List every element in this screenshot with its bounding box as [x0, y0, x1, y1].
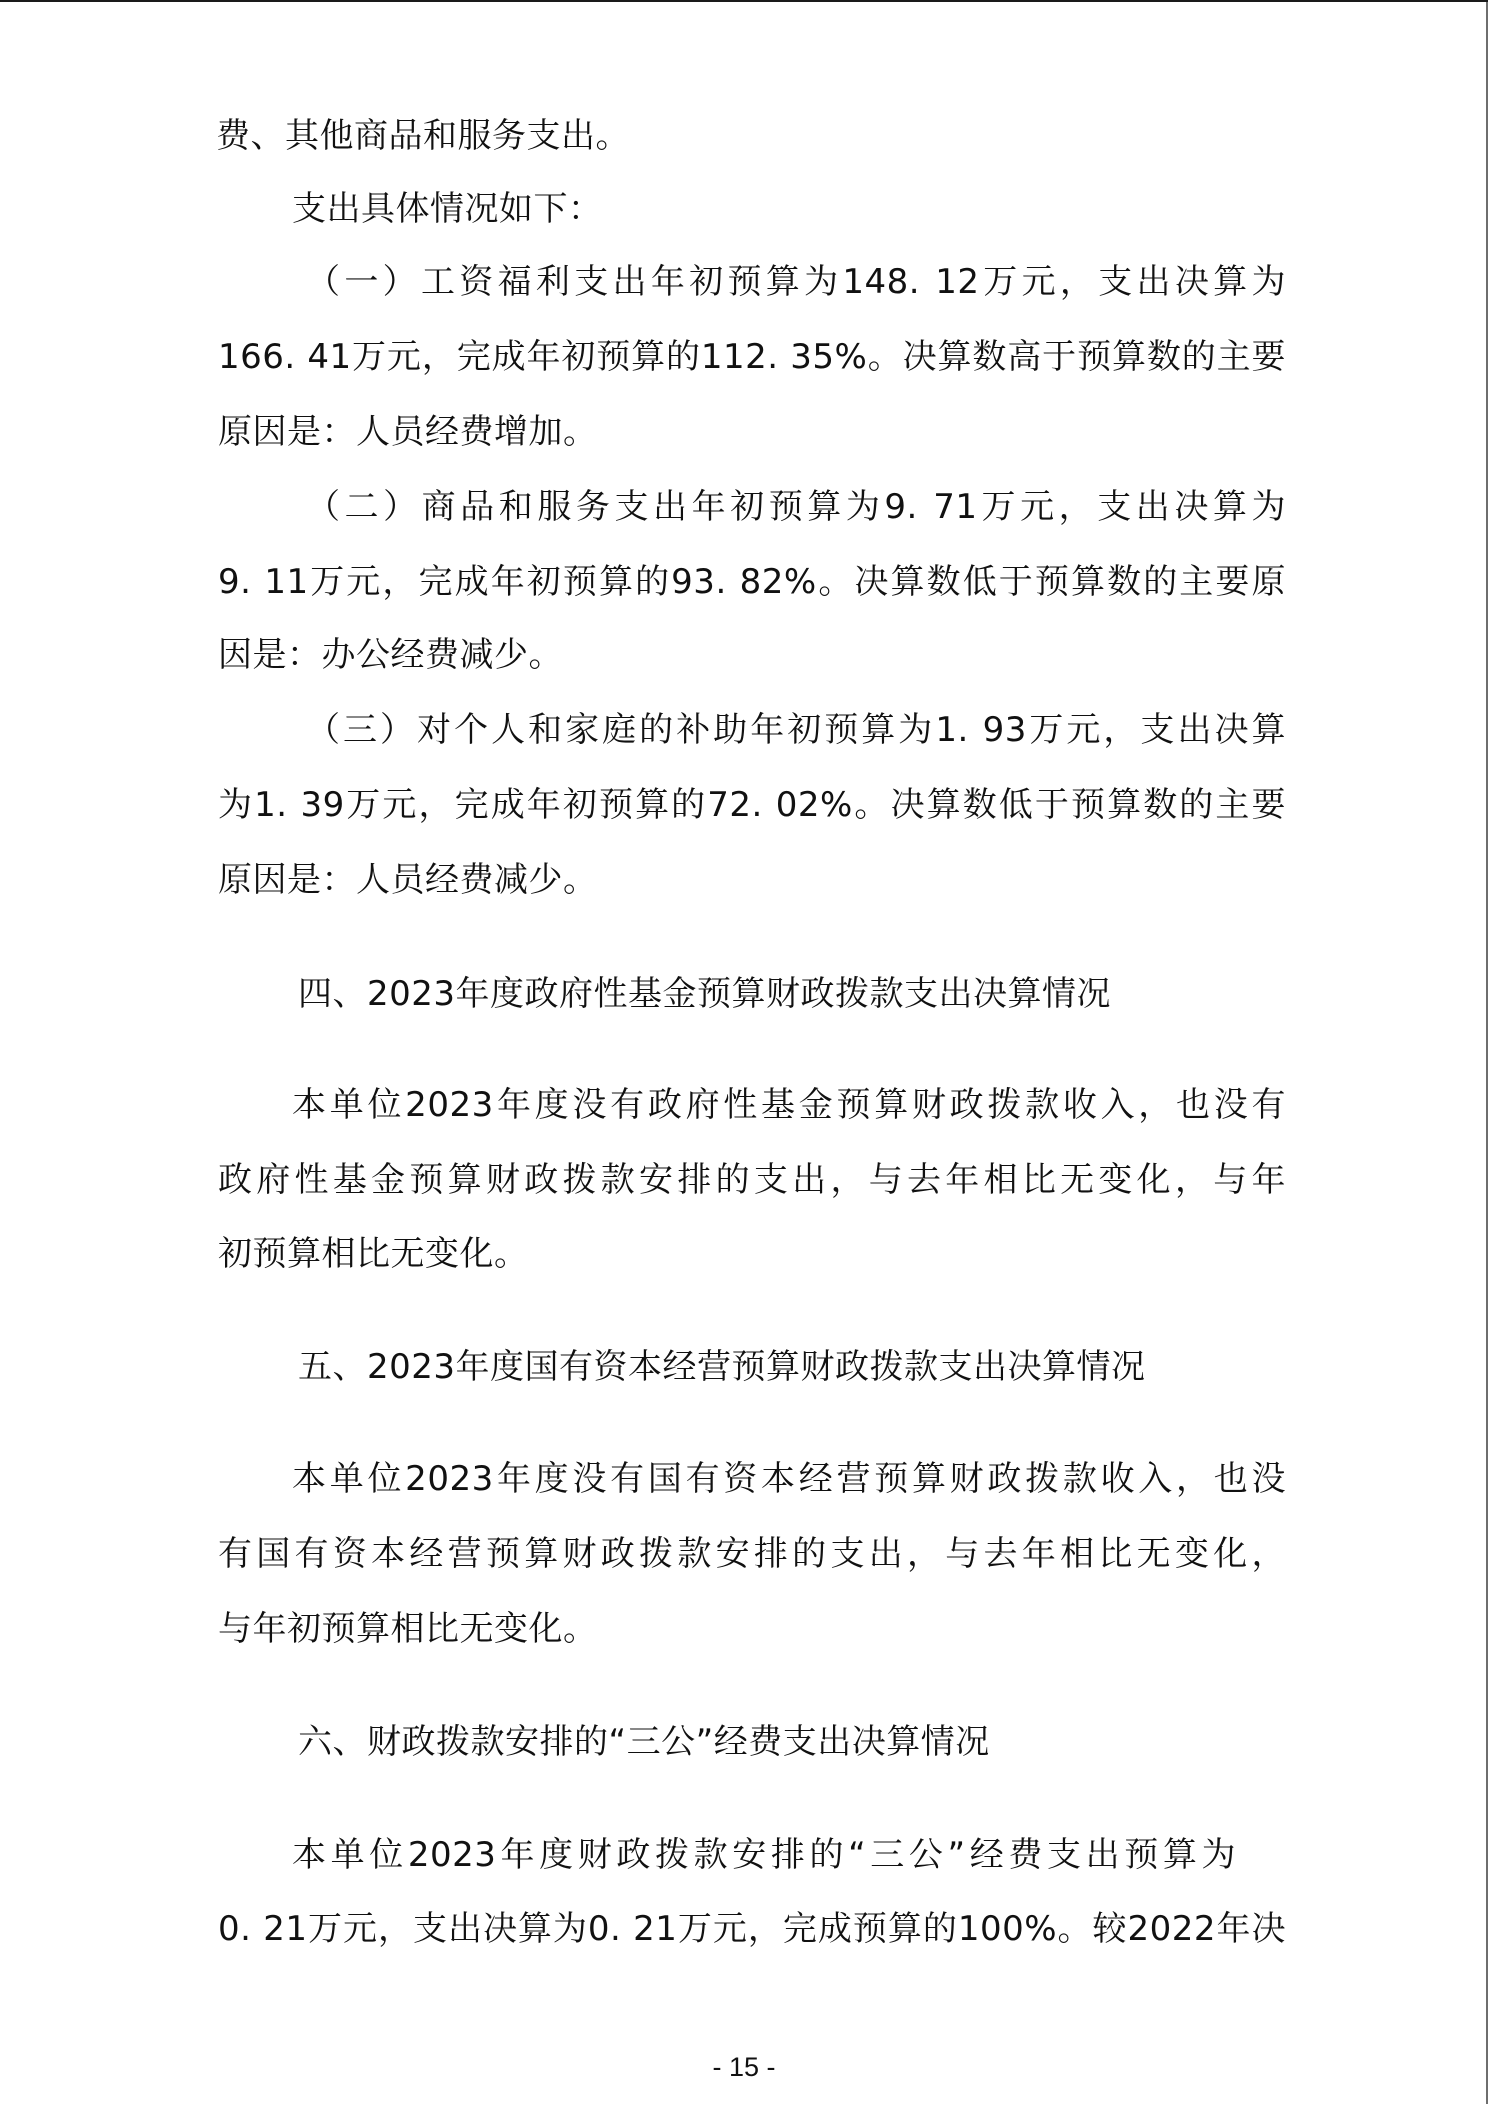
paragraph-line: 0. 21万元，支出决算为0. 21万元，完成预算的100%。较2022年决 — [218, 1907, 1286, 1951]
section-heading: 四、2023年度政府性基金预算财政拨款支出决算情况 — [298, 972, 1111, 1016]
document-page: 费、其他商品和服务支出。 支出具体情况如下： （一）工资福利支出年初预算为148… — [0, 0, 1488, 2104]
paragraph-line: 因是：办公经费减少。 — [218, 633, 563, 677]
paragraph-line: 为1. 39万元，完成年初预算的72. 02%。决算数低于预算数的主要 — [218, 783, 1286, 827]
paragraph-line: 原因是：人员经费减少。 — [218, 858, 598, 902]
page-number: - 15 - — [0, 2052, 1488, 2082]
paragraph-line: 本单位2023年度没有国有资本经营预算财政拨款收入，也没 — [292, 1457, 1286, 1501]
paragraph-line: 费、其他商品和服务支出。 — [216, 114, 630, 158]
paragraph-line: 政府性基金预算财政拨款安排的支出，与去年相比无变化，与年 — [218, 1158, 1286, 1202]
paragraph-line: （二）商品和服务支出年初预算为9. 71万元，支出决算为 — [306, 485, 1286, 529]
paragraph-line: 原因是：人员经费增加。 — [218, 410, 598, 454]
paragraph-line: 与年初预算相比无变化。 — [218, 1607, 598, 1651]
paragraph-line: 本单位2023年度没有政府性基金预算财政拨款收入，也没有 — [292, 1083, 1286, 1127]
paragraph-line: 本单位2023年度财政拨款安排的“三公”经费支出预算为 — [292, 1833, 1236, 1877]
paragraph-line: 有国有资本经营预算财政拨款安排的支出，与去年相比无变化， — [218, 1532, 1286, 1576]
paragraph-line: 166. 41万元，完成年初预算的112. 35%。决算数高于预算数的主要 — [218, 335, 1286, 379]
section-heading: 五、2023年度国有资本经营预算财政拨款支出决算情况 — [298, 1345, 1146, 1389]
paragraph-line: 支出具体情况如下： — [292, 187, 603, 231]
paragraph-line: 9. 11万元，完成年初预算的93. 82%。决算数低于预算数的主要原 — [218, 560, 1286, 604]
paragraph-line: （三）对个人和家庭的补助年初预算为1. 93万元，支出决算 — [306, 708, 1286, 752]
paragraph-line: （一）工资福利支出年初预算为148. 12万元，支出决算为 — [306, 260, 1286, 304]
section-heading: 六、财政拨款安排的“三公”经费支出决算情况 — [298, 1720, 990, 1764]
paragraph-line: 初预算相比无变化。 — [218, 1232, 529, 1276]
